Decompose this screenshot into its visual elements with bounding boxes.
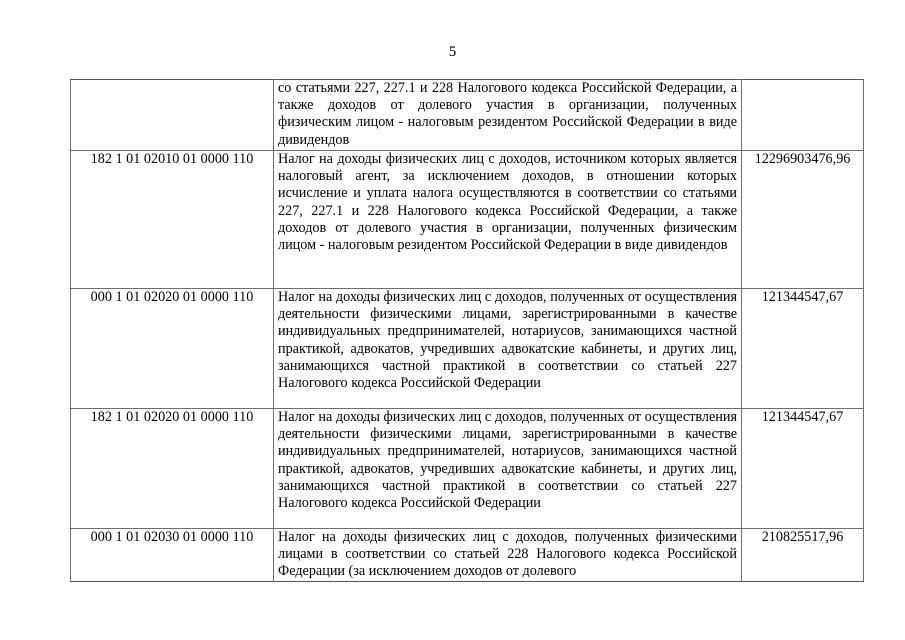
revenue-description: Налог на доходы физических лиц с доходов… bbox=[274, 151, 742, 289]
revenue-description: Налог на доходы физических лиц с доходов… bbox=[274, 409, 742, 529]
table-row: 182 1 01 02020 01 0000 110 Налог на дохо… bbox=[71, 409, 864, 529]
budget-classification-code: 182 1 01 02020 01 0000 110 bbox=[71, 409, 274, 529]
budget-classification-code: 000 1 01 02030 01 0000 110 bbox=[71, 529, 274, 582]
budget-classification-code: 000 1 01 02020 01 0000 110 bbox=[71, 289, 274, 409]
revenue-amount: 121344547,67 bbox=[742, 409, 864, 529]
table-row: 000 1 01 02020 01 0000 110 Налог на дохо… bbox=[71, 289, 864, 409]
revenue-description: Налог на доходы физических лиц с доходов… bbox=[274, 529, 742, 582]
table-row: со статьями 227, 227.1 и 228 Налогового … bbox=[71, 80, 864, 151]
revenue-description: со статьями 227, 227.1 и 228 Налогового … bbox=[274, 80, 742, 151]
revenue-amount bbox=[742, 80, 864, 151]
revenue-amount: 12296903476,96 bbox=[742, 151, 864, 289]
page-number: 5 bbox=[0, 43, 905, 61]
table-row: 000 1 01 02030 01 0000 110 Налог на дохо… bbox=[71, 529, 864, 582]
revenue-amount: 121344547,67 bbox=[742, 289, 864, 409]
budget-classification-code: 182 1 01 02010 01 0000 110 bbox=[71, 151, 274, 289]
budget-classification-code bbox=[71, 80, 274, 151]
budget-revenue-table: со статьями 227, 227.1 и 228 Налогового … bbox=[70, 79, 864, 582]
revenue-description: Налог на доходы физических лиц с доходов… bbox=[274, 289, 742, 409]
revenue-amount: 210825517,96 bbox=[742, 529, 864, 582]
table-row: 182 1 01 02010 01 0000 110 Налог на дохо… bbox=[71, 151, 864, 289]
